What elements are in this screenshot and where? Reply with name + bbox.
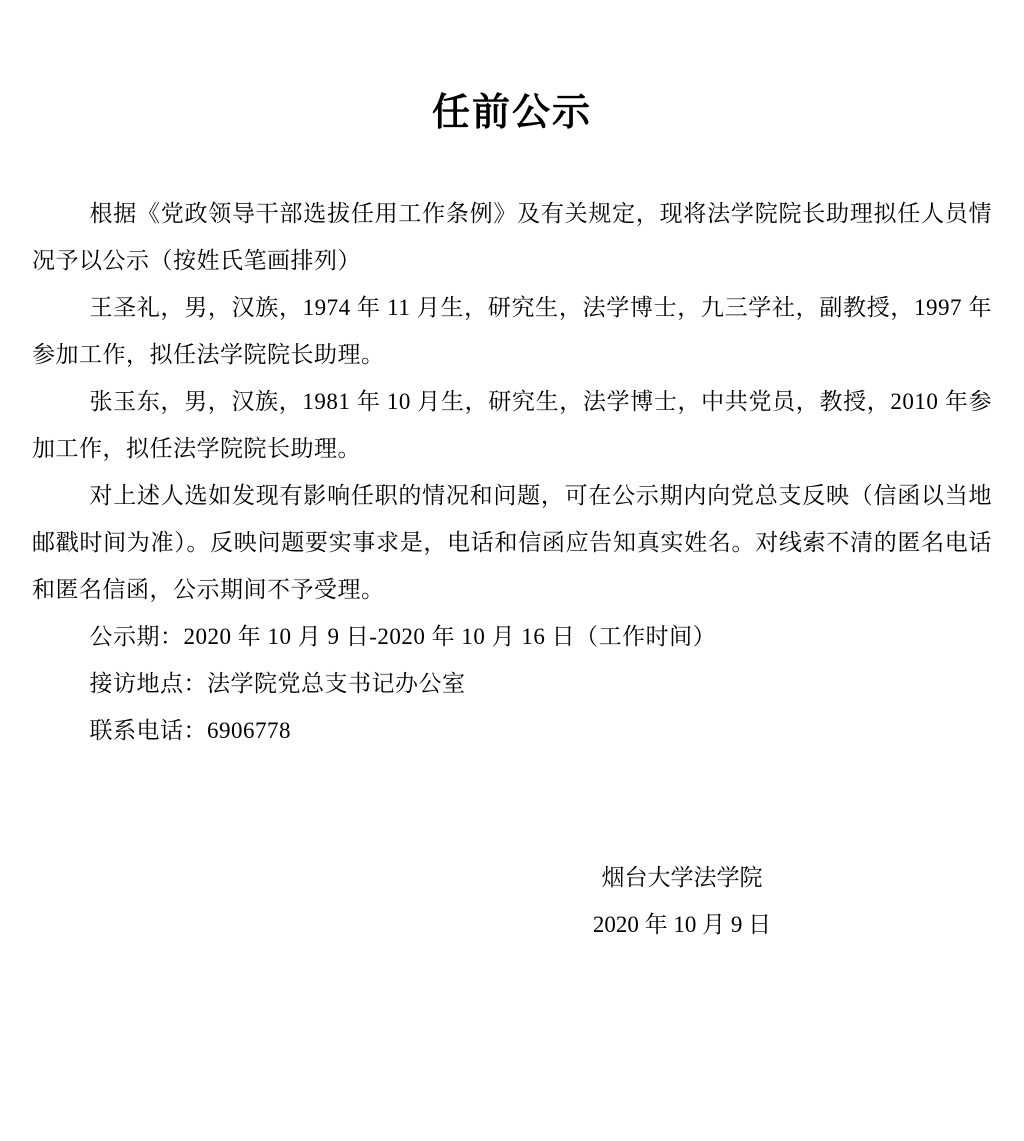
signature-organization: 烟台大学法学院 xyxy=(560,854,804,901)
document-page: 任前公示 根据《党政领导干部选拔任用工作条例》及有关规定，现将法学院院长助理拟任… xyxy=(0,0,1024,1141)
paragraph-candidate-2: 张玉东，男，汉族，1981 年 10 月生，研究生，法学博士，中共党员，教授，2… xyxy=(32,378,992,472)
paragraph-intro: 根据《党政领导干部选拔任用工作条例》及有关规定，现将法学院院长助理拟任人员情况予… xyxy=(32,190,992,284)
paragraph-candidate-1: 王圣礼，男，汉族，1974 年 11 月生，研究生，法学博士，九三学社，副教授，… xyxy=(32,284,992,378)
signature-date: 2020 年 10 月 9 日 xyxy=(560,901,804,948)
document-title: 任前公示 xyxy=(32,0,992,134)
paragraph-contact-phone: 联系电话：6906778 xyxy=(32,707,992,754)
paragraph-reception-location: 接访地点：法学院党总支书记办公室 xyxy=(32,660,992,707)
signature-block: 烟台大学法学院 2020 年 10 月 9 日 xyxy=(560,854,804,948)
paragraph-feedback-instructions: 对上述人选如发现有影响任职的情况和问题，可在公示期内向党总支反映（信函以当地邮戳… xyxy=(32,472,992,613)
document-body: 根据《党政领导干部选拔任用工作条例》及有关规定，现将法学院院长助理拟任人员情况予… xyxy=(32,190,992,754)
paragraph-publicity-period: 公示期：2020 年 10 月 9 日-2020 年 10 月 16 日（工作时… xyxy=(32,613,992,660)
